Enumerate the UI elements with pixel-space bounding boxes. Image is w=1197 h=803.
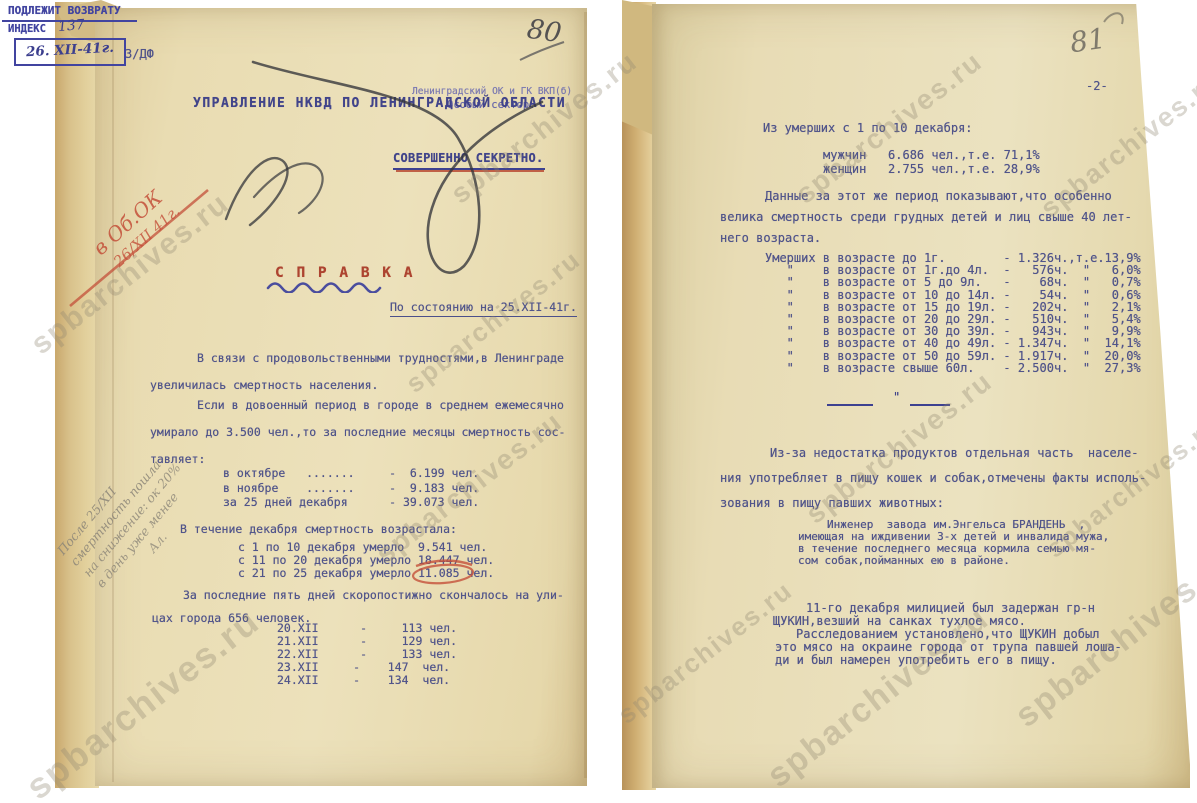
stamp-index-value-handwritten: 137 bbox=[57, 17, 85, 35]
left-page-edge-shadow bbox=[584, 12, 587, 778]
gender-stat-row: мужчин 6.686 чел.,т.е. 71,1% bbox=[823, 149, 1040, 162]
paragraph-line: Если в довоенный период в городе в средн… bbox=[197, 399, 564, 412]
archival-scan-viewer: { "watermark_text": "spbarchives.ru", "c… bbox=[0, 0, 1197, 803]
page-number-81-handwritten: 81 bbox=[1068, 22, 1108, 60]
intro-line: Из умерших с 1 по 10 декабря: bbox=[763, 122, 973, 135]
document-title: С П Р А В К А bbox=[275, 265, 415, 281]
section-divider-mark: " bbox=[893, 391, 900, 404]
stamp-date-handwritten: 26. XII-41г. bbox=[26, 40, 115, 61]
monthly-stat-row: в октябре ....... - 6.199 чел. bbox=[223, 467, 479, 480]
december-header: В течение декабря смертность возрастала: bbox=[180, 523, 457, 536]
monthly-stat-row: в ноябре ....... - 9.183 чел. bbox=[223, 482, 479, 495]
daily-stat-row: 24.XII - 134 чел. bbox=[277, 674, 450, 687]
paragraph-line: Данные за этот же период показывают,что … bbox=[765, 190, 1112, 203]
age-table-row: " в возрасте свыше 60л. - 2.500ч. " 27,3… bbox=[765, 362, 1141, 375]
paragraph-line: В связи с продовольственными трудностями… bbox=[197, 352, 564, 365]
secrecy-label: СОВЕРШЕННО СЕКРЕТНО. bbox=[393, 151, 544, 165]
monthly-stat-row: за 25 дней декабря - 39.073 чел. bbox=[223, 496, 479, 509]
stamp-line1: ПОДЛЕЖИТ ВОЗВРАТУ bbox=[8, 4, 121, 17]
stamp-index-label: ИНДЕКС bbox=[8, 23, 46, 35]
paragraph-line: зования в пищу павших животных: bbox=[720, 497, 944, 510]
secrecy-underline-red bbox=[396, 170, 544, 172]
stamp-inner-box: 26. XII-41г. bbox=[14, 38, 126, 66]
paragraph-line: За последние пять дней скоропостижно ско… bbox=[183, 589, 564, 602]
paragraph-line: велика смертность среди грудных детей и … bbox=[720, 211, 1132, 224]
title-wavy-underline bbox=[266, 281, 392, 293]
paragraph-line: увеличилась смертность населения. bbox=[150, 379, 378, 392]
section-divider-right bbox=[910, 404, 950, 406]
section-divider-left bbox=[827, 404, 873, 406]
gender-stat-row: женщин 2.755 чел.,т.е. 28,9% bbox=[823, 163, 1040, 176]
left-binding-edge bbox=[55, 2, 99, 788]
left-page-crease bbox=[112, 10, 114, 782]
paragraph-line: Из-за недостатка продуктов отдельная час… bbox=[770, 447, 1138, 460]
paragraph-line: него возраста. bbox=[720, 232, 821, 245]
as-of-date-line: По состоянию на 25.XII-41г. bbox=[390, 300, 577, 317]
case-line: ди и был намерен употребить его в пищу. bbox=[775, 654, 1057, 667]
org-header: УПРАВЛЕНИЕ НКВД ПО ЛЕНИНГРАДСКОЙ ОБЛАСТИ bbox=[193, 96, 566, 111]
paragraph-line: ния употребляет в пищу кошек и собак,отм… bbox=[720, 472, 1146, 485]
case-line: сом собак,пойманных ею в районе. bbox=[798, 555, 1010, 567]
paragraph-line: умирало до 3.500 чел.,то за последние ме… bbox=[150, 426, 565, 439]
december-stat-row: с 21 по 25 декабря умерло 11.085 чел. bbox=[238, 567, 494, 580]
doc-ref: 3/ДФ bbox=[125, 48, 154, 61]
page-number-80-handwritten: 80 bbox=[525, 14, 563, 49]
page-marker: -2- bbox=[1086, 80, 1108, 93]
